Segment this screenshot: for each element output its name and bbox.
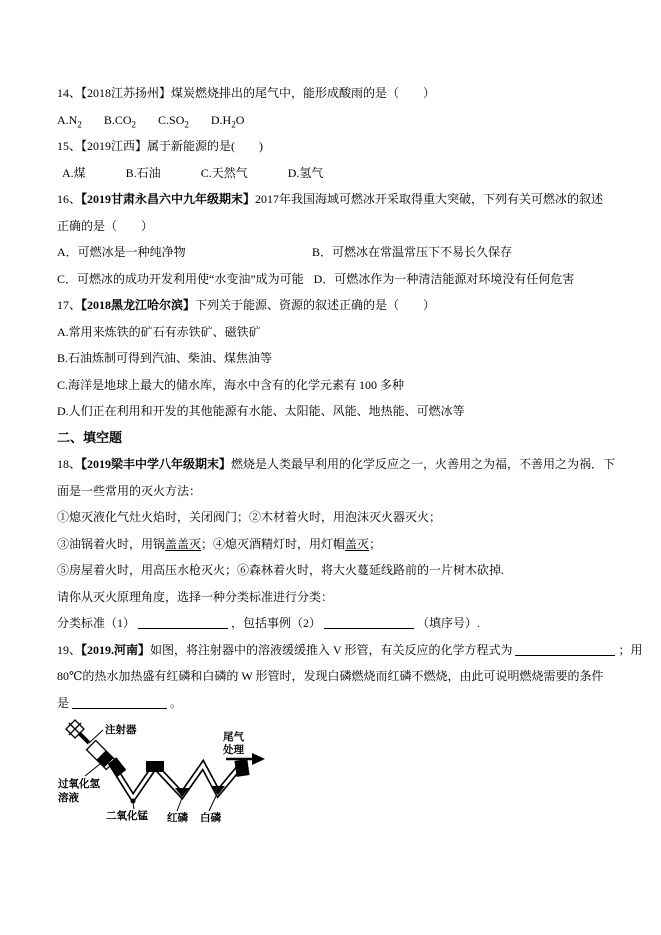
exam-content: 14、【2018江苏扬州】煤炭燃烧排出的尾气中，能形成酸雨的是（ ） A.N2B… bbox=[57, 80, 623, 716]
q18-fill-line: 分类标准（1），包括事例（2）（填序号）. bbox=[57, 610, 623, 637]
q18-stem-line2: 面是一些常用的灭火方法： bbox=[57, 478, 623, 505]
peroxide-label-line1: 过氧化氢 bbox=[57, 777, 100, 790]
q19-source: 【2019.河南】 bbox=[81, 643, 150, 657]
q18-stem-continued: 面是一些常用的灭火方法： bbox=[57, 484, 201, 498]
mno2-leader-line bbox=[133, 803, 134, 809]
option-text: D.H bbox=[211, 113, 231, 127]
q16-stem-line2: 正确的是（ ） bbox=[57, 213, 623, 240]
q14-option-d: D.H2O bbox=[211, 107, 245, 134]
q18-method-1-2: ①熄灭液化气灶火焰时，关闭阀门；②木材着火时，用泡沫灭火器灭火； bbox=[57, 510, 441, 524]
mno2-label: 二氧化锰 bbox=[106, 809, 148, 822]
q19-answer-blank-1 bbox=[515, 642, 615, 656]
q17-option-a-line: A.常用来炼铁的矿石有赤铁矿、磁铁矿 bbox=[57, 319, 623, 346]
q17-number: 17、 bbox=[57, 298, 81, 312]
q19-stem-line3: 是。 bbox=[57, 690, 623, 717]
q18-methods-line3: ⑤房屋着火时，用高压水枪灭火；⑥森林着火时，将大火蔓延线路前的一片树木砍掉. bbox=[57, 557, 623, 584]
q14-stem: 煤炭燃烧排出的尾气中，能形成酸雨的是（ ） bbox=[171, 86, 435, 100]
peroxide-label-line2: 溶液 bbox=[58, 791, 79, 804]
q15-number: 15、 bbox=[57, 139, 81, 153]
q18-instruction: 请你从灭火原理角度，选择一种分类标准进行分类： bbox=[57, 590, 333, 604]
q14-source: 【2018江苏扬州】 bbox=[81, 86, 171, 100]
q17-option-a: A.常用来炼铁的矿石有赤铁矿、磁铁矿 bbox=[57, 325, 261, 339]
q18-number: 18、 bbox=[57, 457, 81, 471]
q14-option-a: A.N2 bbox=[57, 107, 82, 134]
q14-option-c: C.SO2 bbox=[158, 107, 189, 134]
option-text: B.CO bbox=[104, 113, 132, 127]
q16-option-c: C．可燃冰的成功开发利用使“水变油”成为可能 bbox=[57, 266, 304, 293]
white-phosphorus-label: 白磷 bbox=[200, 811, 221, 824]
red-phosphorus-leader-line bbox=[177, 798, 182, 811]
section2-heading: 二、填空题 bbox=[57, 425, 623, 452]
q16-options-cd-line: C．可燃冰的成功开发利用使“水变油”成为可能D．可燃冰作为一种清洁能源对环境没有… bbox=[57, 266, 623, 293]
q15-option-c: C.天然气 bbox=[201, 160, 248, 187]
option-subscript: 2 bbox=[77, 119, 82, 129]
q18-method-4-underlined: 盖灭 bbox=[345, 537, 369, 551]
q18-method-3-underlined: 盖盖灭 bbox=[165, 537, 201, 551]
peroxide-leader-line bbox=[85, 764, 100, 776]
red-phosphorus-label: 红磷 bbox=[167, 811, 188, 824]
peak-connector bbox=[146, 761, 164, 772]
q17-stem: 下列关于能源、资源的叙述正确的是（ ） bbox=[195, 298, 435, 312]
q18-stem-line1: 18、【2019梁丰中学八年级期末】燃烧是人类最早利用的化学反应之一，火善用之为… bbox=[57, 451, 623, 478]
q18-instruction-line: 请你从灭火原理角度，选择一种分类标准进行分类： bbox=[57, 584, 623, 611]
q18-method-5-6: ⑤房屋着火时，用高压水枪灭火；⑥森林着火时，将大火蔓延线路前的一片树木砍掉. bbox=[57, 563, 504, 577]
q19-line1-end: ；用 bbox=[618, 643, 642, 657]
q18-method-4-pre: ；④熄灭酒精灯时，用灯帽 bbox=[201, 537, 345, 551]
q18-fill-pre: 分类标准（1） bbox=[57, 616, 135, 630]
q14-options-line: A.N2B.CO2C.SO2D.H2O bbox=[57, 107, 623, 134]
q19-line3-end: 。 bbox=[170, 696, 182, 710]
syringe-plunger-rod bbox=[79, 733, 89, 743]
q15-stem-line: 15、【2019江西】属于新能源的是( ) bbox=[57, 133, 623, 160]
q17-option-d: D.人们正在利用和开发的其他能源有水能、太阳能、风能、地热能、可燃冰等 bbox=[57, 404, 465, 418]
q16-option-b: B．可燃冰在常温常压下不易长久保存 bbox=[312, 245, 512, 259]
q18-method-4-end: ； bbox=[369, 537, 381, 551]
q19-line2-text: 80℃的热水加热盛有红磷和白磷的 W 形管时，发现白磷燃烧而红磷不燃烧，由此可说… bbox=[57, 669, 604, 683]
q17-option-b-line: B.石油炼制可得到汽油、柴油、煤焦油等 bbox=[57, 345, 623, 372]
exam-page: 14、【2018江苏扬州】煤炭燃烧排出的尾气中，能形成酸雨的是（ ） A.N2B… bbox=[0, 0, 661, 935]
q17-stem-line: 17、【2018黑龙江哈尔滨】下列关于能源、资源的叙述正确的是（ ） bbox=[57, 292, 623, 319]
q18-fill-end: （填序号）. bbox=[417, 616, 480, 630]
q16-number: 16、 bbox=[57, 192, 81, 206]
option-subscript: 2 bbox=[184, 119, 189, 129]
section2-heading-text: 二、填空题 bbox=[57, 430, 122, 445]
apparatus-diagram: 注射器 过氧化氢 溶液 二氧化锰 红磷 白磷 尾气 处理 bbox=[55, 715, 270, 835]
q15-source: 【2019江西】 bbox=[81, 139, 147, 153]
q16-stem-continued: 正确的是（ ） bbox=[57, 219, 153, 233]
q18-fill-mid: ，包括事例（2） bbox=[231, 616, 321, 630]
q18-source: 【2019梁丰中学八年级期末】 bbox=[81, 457, 231, 471]
q17-source: 【2018黑龙江哈尔滨】 bbox=[81, 298, 195, 312]
q18-methods-line1: ①熄灭液化气灶火焰时，关闭阀门；②木材着火时，用泡沫灭火器灭火； bbox=[57, 504, 623, 531]
q15-option-d: D.氢气 bbox=[288, 166, 324, 180]
q16-option-d: D．可燃冰作为一种清洁能源对环境没有任何危害 bbox=[314, 272, 575, 286]
q19-answer-blank-2 bbox=[72, 695, 167, 709]
option-subscript: 2 bbox=[132, 119, 137, 129]
option-text: O bbox=[236, 113, 245, 127]
q18-method-3-pre: ③油锅着火时，用锅 bbox=[57, 537, 165, 551]
option-text: C.SO bbox=[158, 113, 184, 127]
white-phosphorus-leader-line bbox=[209, 796, 216, 811]
q14-stem-line: 14、【2018江苏扬州】煤炭燃烧排出的尾气中，能形成酸雨的是（ ） bbox=[57, 80, 623, 107]
outlet-stopper bbox=[234, 759, 249, 777]
q14-number: 14、 bbox=[57, 86, 81, 100]
q15-options-line: A.煤B.石油C.天然气D.氢气 bbox=[57, 160, 623, 187]
q16-options-ab-line: A．可燃冰是一种纯净物B．可燃冰在常温常压下不易长久保存 bbox=[57, 239, 623, 266]
q18-answer-blank-2 bbox=[324, 615, 414, 629]
q17-option-c-line: C.海洋是地球上最大的储水库，海水中含有的化学元素有 100 多种 bbox=[57, 372, 623, 399]
q16-stem-line1: 16、【2019甘肃永昌六中九年级期末】2017年我国海域可燃冰开采取得重大突破… bbox=[57, 186, 623, 213]
q19-line1-text: 如图，将注射器中的溶液缓缓推入 V 形管，有关反应的化学方程式为 bbox=[150, 643, 512, 657]
q18-methods-line2: ③油锅着火时，用锅盖盖灭；④熄灭酒精灯时，用灯帽盖灭； bbox=[57, 531, 623, 558]
q19-number: 19、 bbox=[57, 643, 81, 657]
q19-line3-pre: 是 bbox=[57, 696, 69, 710]
gas-arrow-head bbox=[252, 753, 265, 765]
mno2-dot bbox=[131, 799, 136, 804]
q14-option-b: B.CO2 bbox=[104, 107, 136, 134]
q18-answer-blank-1 bbox=[138, 615, 228, 629]
q15-stem: 属于新能源的是( ) bbox=[147, 139, 263, 153]
q18-stem: 燃烧是人类最早利用的化学反应之一，火善用之为福，不善用之为祸．下 bbox=[231, 457, 615, 471]
q17-option-d-line: D.人们正在利用和开发的其他能源有水能、太阳能、风能、地热能、可燃冰等 bbox=[57, 398, 623, 425]
tail-gas-label-line1: 尾气 bbox=[223, 730, 244, 743]
q19-stem-line1: 19、【2019.河南】如图，将注射器中的溶液缓缓推入 V 形管，有关反应的化学… bbox=[57, 637, 623, 664]
tail-gas-label-line2: 处理 bbox=[223, 743, 244, 756]
q16-source: 【2019甘肃永昌六中九年级期末】 bbox=[81, 192, 255, 206]
q15-option-b: B.石油 bbox=[126, 160, 161, 187]
q16-stem: 2017年我国海域可燃冰开采取得重大突破，下列有关可燃冰的叙述 bbox=[255, 192, 603, 206]
q19-stem-line2: 80℃的热水加热盛有红磷和白磷的 W 形管时，发现白磷燃烧而红磷不燃烧，由此可说… bbox=[57, 663, 623, 690]
q16-option-a: A．可燃冰是一种纯净物 bbox=[57, 239, 312, 266]
option-text: A.N bbox=[57, 113, 77, 127]
syringe-label: 注射器 bbox=[105, 723, 137, 736]
q17-option-b: B.石油炼制可得到汽油、柴油、煤焦油等 bbox=[57, 351, 272, 365]
q15-option-a: A.煤 bbox=[62, 160, 86, 187]
q17-option-c: C.海洋是地球上最大的储水库，海水中含有的化学元素有 100 多种 bbox=[57, 378, 404, 392]
